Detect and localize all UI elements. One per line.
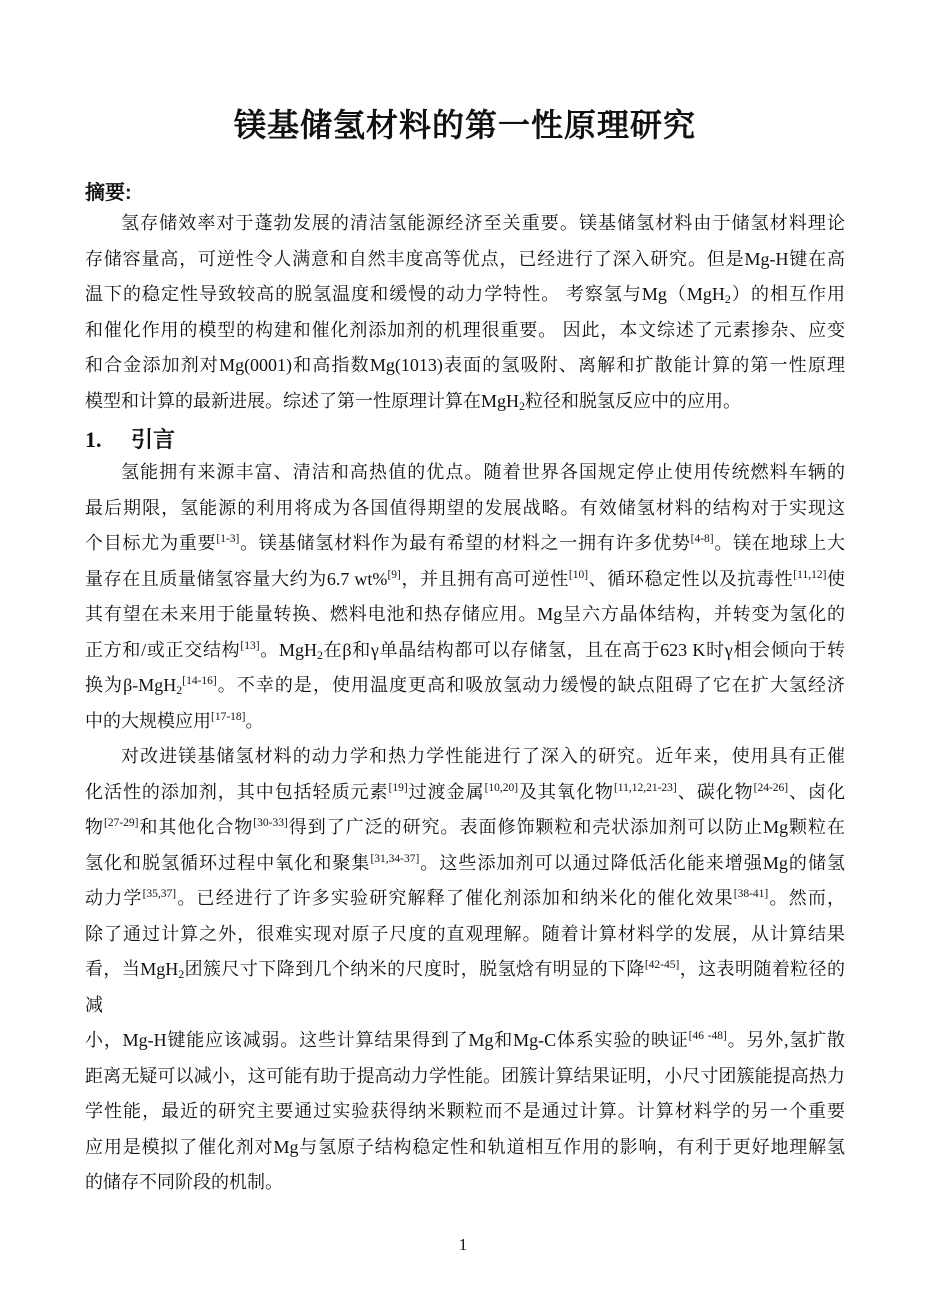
text-line: 氢化和脱氢循环过程中氧化和聚集[31,34-37]。这些添加剂可以通过降低活化能… bbox=[85, 846, 845, 882]
text-run: 量存在且质量储氢容量大约为6.7 wt% bbox=[85, 569, 387, 589]
chemical-subscript: 2 bbox=[725, 292, 731, 306]
text-line: 正方和/或正交结构[13]。MgH2在β和γ单晶结构都可以存储氢，且在高于623… bbox=[85, 633, 845, 669]
text-run: 。不幸的是，使用温度更高和吸放氢动力缓慢的缺点阻碍了它在扩大氢经济 bbox=[217, 675, 845, 695]
citation-reference: [30-33] bbox=[253, 817, 288, 829]
text-run: 。 bbox=[246, 711, 264, 731]
text-line: 存储容量高，可逆性令人满意和自然丰度高等优点，已经进行了深入研究。但是Mg-H键… bbox=[85, 242, 845, 278]
text-line: 动力学[35,37]。已经进行了许多实验研究解释了催化剂添加和纳米化的催化效果[… bbox=[85, 881, 845, 917]
text-line: 的储存不同阶段的机制。 bbox=[85, 1165, 845, 1201]
text-run: 氢化和脱氢循环过程中氧化和聚集 bbox=[85, 853, 370, 873]
text-run: 。镁在地球上大 bbox=[714, 533, 845, 553]
citation-reference: [24-26] bbox=[754, 782, 789, 794]
text-run: 个目标尤为重要 bbox=[85, 533, 216, 553]
section-1-number: 1. bbox=[85, 425, 131, 455]
text-line: 最后期限，氢能源的利用将成为各国值得期望的发展战略。有效储氢材料的结构对于实现这 bbox=[85, 491, 845, 527]
chemical-subscript: 2 bbox=[317, 648, 323, 662]
citation-reference: [11,12] bbox=[793, 569, 826, 581]
text-run: 模型和计算的最新进展。综述了第一性原理计算在MgH bbox=[85, 391, 519, 411]
citation-reference: [27-29] bbox=[104, 817, 139, 829]
text-run: 。MgH bbox=[260, 640, 317, 660]
citation-reference: [42-45] bbox=[645, 959, 680, 971]
text-run: 得到了广泛的研究。表面修饰颗粒和壳状添加剂可以防止Mg颗粒在 bbox=[288, 817, 845, 837]
text-column: 镁基储氢材料的第一性原理研究 摘要: 氢存储效率对于蓬勃发展的清洁氢能源经济至关… bbox=[85, 104, 845, 1201]
text-run: 其有望在未来用于能量转换、燃料电池和热存储应用。Mg呈六方晶体结构，并转变为氢化… bbox=[85, 604, 845, 624]
chemical-subscript: 2 bbox=[519, 399, 525, 413]
text-line: 小，Mg-H键能应该减弱。这些计算结果得到了Mg和Mg-C体系实验的映证[46 … bbox=[85, 1023, 845, 1059]
text-run: 。镁基储氢材料作为最有希望的材料之一拥有许多优势 bbox=[239, 533, 690, 553]
intro-paragraph-1: 氢能拥有来源丰富、清洁和高热值的优点。随着世界各国规定停止使用传统燃料车辆的最后… bbox=[85, 455, 845, 739]
text-line: 其有望在未来用于能量转换、燃料电池和热存储应用。Mg呈六方晶体结构，并转变为氢化… bbox=[85, 597, 845, 633]
text-run: 除了通过计算之外，很难实现对原子尺度的直观理解。随着计算材料学的发展，从计算结果 bbox=[85, 924, 845, 944]
text-run: 。这些添加剂可以通过降低活化能来增强Mg的储氢 bbox=[419, 853, 845, 873]
text-run: 学性能，最近的研究主要通过实验获得纳米颗粒而不是通过计算。计算材料学的另一个重要 bbox=[85, 1101, 845, 1121]
citation-reference: [31,34-37] bbox=[370, 853, 419, 865]
abstract-label: 摘要: bbox=[85, 180, 845, 206]
text-line: 换为β-MgH2[14-16]。不幸的是，使用温度更高和吸放氢动力缓慢的缺点阻碍… bbox=[85, 668, 845, 704]
text-line: 模型和计算的最新进展。综述了第一性原理计算在MgH2粒径和脱氢反应中的应用。 bbox=[85, 384, 845, 420]
page-number: 1 bbox=[0, 1234, 926, 1256]
text-run: 氢能拥有来源丰富、清洁和高热值的优点。随着世界各国规定停止使用传统燃料车辆的 bbox=[121, 462, 845, 482]
text-run: 温下的稳定性导致较高的脱氢温度和缓慢的动力学特性。 考察氢与Mg（MgH bbox=[85, 284, 725, 304]
text-run: 和催化作用的模型的构建和催化剂添加剂的机理很重要。 因此，本文综述了元素掺杂、应… bbox=[85, 320, 845, 340]
text-run: 过渡金属 bbox=[408, 782, 485, 802]
chemical-subscript: 2 bbox=[178, 967, 184, 981]
intro-paragraph-2: 对改进镁基储氢材料的动力学和热力学性能进行了深入的研究。近年来，使用具有正催化活… bbox=[85, 739, 845, 1201]
text-line: 学性能，最近的研究主要通过实验获得纳米颗粒而不是通过计算。计算材料学的另一个重要 bbox=[85, 1094, 845, 1130]
citation-reference: [17-18] bbox=[211, 711, 246, 723]
citation-reference: [4-8] bbox=[691, 533, 714, 545]
document-page: 镁基储氢材料的第一性原理研究 摘要: 氢存储效率对于蓬勃发展的清洁氢能源经济至关… bbox=[0, 0, 926, 1309]
citation-reference: [35,37] bbox=[143, 888, 177, 900]
citation-reference: [13] bbox=[240, 640, 259, 652]
paper-title: 镁基储氢材料的第一性原理研究 bbox=[85, 104, 845, 146]
citation-reference: [38-41] bbox=[734, 888, 769, 900]
text-line: 看，当MgH2团簇尺寸下降到几个纳米的尺度时，脱氢焓有明显的下降[42-45]，… bbox=[85, 952, 845, 1023]
text-run: 最后期限，氢能源的利用将成为各国值得期望的发展战略。有效储氢材料的结构对于实现这 bbox=[85, 498, 845, 518]
text-run: 和其他化合物 bbox=[138, 817, 253, 837]
text-line: 温下的稳定性导致较高的脱氢温度和缓慢的动力学特性。 考察氢与Mg（MgH2）的相… bbox=[85, 277, 845, 313]
text-run: 粒径和脱氢反应中的应用。 bbox=[525, 391, 741, 411]
text-line: 和催化作用的模型的构建和催化剂添加剂的机理很重要。 因此，本文综述了元素掺杂、应… bbox=[85, 313, 845, 349]
text-run: 距离无疑可以减小，这可能有助于提高动力学性能。团簇计算结果证明，小尺寸团簇能提高… bbox=[85, 1066, 845, 1086]
text-line: 个目标尤为重要[1-3]。镁基储氢材料作为最有希望的材料之一拥有许多优势[4-8… bbox=[85, 526, 845, 562]
citation-reference: [10,20] bbox=[485, 782, 519, 794]
text-line: 物[27-29]和其他化合物[30-33]得到了广泛的研究。表面修饰颗粒和壳状添… bbox=[85, 810, 845, 846]
text-run: 应用是模拟了催化剂对Mg与氢原子结构稳定性和轨道相互作用的影响，有利于更好地理解… bbox=[85, 1137, 845, 1157]
citation-reference: [46 -48] bbox=[689, 1030, 727, 1042]
citation-reference: [11,12,21-23] bbox=[614, 782, 677, 794]
text-run: 对改进镁基储氢材料的动力学和热力学性能进行了深入的研究。近年来，使用具有正催 bbox=[121, 746, 845, 766]
text-run: 和合金添加剂对Mg(0001)和高指数Mg(1013)表面的氢吸附、离解和扩散能… bbox=[85, 355, 845, 375]
text-run: 化活性的添加剂，其中包括轻质元素 bbox=[85, 782, 389, 802]
text-run: 换为β-MgH bbox=[85, 675, 176, 695]
text-line: 对改进镁基储氢材料的动力学和热力学性能进行了深入的研究。近年来，使用具有正催 bbox=[85, 739, 845, 775]
citation-reference: [10] bbox=[569, 569, 588, 581]
text-line: 量存在且质量储氢容量大约为6.7 wt%[9]，并且拥有高可逆性[10]、循环稳… bbox=[85, 562, 845, 598]
text-run: ，并且拥有高可逆性 bbox=[401, 569, 569, 589]
text-run: 看，当MgH bbox=[85, 959, 178, 979]
text-run: 在β和γ单晶结构都可以存储氢，且在高于623 K时γ相会倾向于转 bbox=[323, 640, 845, 660]
text-run: 。另外,氢扩散 bbox=[727, 1030, 845, 1050]
text-run: 物 bbox=[85, 817, 104, 837]
text-run: 使 bbox=[826, 569, 845, 589]
text-run: 。然而， bbox=[768, 888, 845, 908]
text-run: 存储容量高，可逆性令人满意和自然丰度高等优点，已经进行了深入研究。但是Mg-H键… bbox=[85, 249, 845, 269]
text-run: 正方和/或正交结构 bbox=[85, 640, 240, 660]
text-run: ）的相互作用 bbox=[731, 284, 845, 304]
text-line: 中的大规模应用[17-18]。 bbox=[85, 704, 845, 740]
citation-reference: [19] bbox=[389, 782, 408, 794]
text-line: 化活性的添加剂，其中包括轻质元素[19]过渡金属[10,20]及其氧化物[11,… bbox=[85, 775, 845, 811]
text-line: 应用是模拟了催化剂对Mg与氢原子结构稳定性和轨道相互作用的影响，有利于更好地理解… bbox=[85, 1130, 845, 1166]
text-line: 氢存储效率对于蓬勃发展的清洁氢能源经济至关重要。镁基储氢材料由于储氢材料理论 bbox=[85, 206, 845, 242]
text-run: 。已经进行了许多实验研究解释了催化剂添加和纳米化的催化效果 bbox=[176, 888, 734, 908]
text-run: 、碳化物 bbox=[677, 782, 754, 802]
text-line: 除了通过计算之外，很难实现对原子尺度的直观理解。随着计算材料学的发展，从计算结果 bbox=[85, 917, 845, 953]
text-line: 和合金添加剂对Mg(0001)和高指数Mg(1013)表面的氢吸附、离解和扩散能… bbox=[85, 348, 845, 384]
text-run: 团簇尺寸下降到几个纳米的尺度时，脱氢焓有明显的下降 bbox=[184, 959, 645, 979]
text-run: 及其氧化物 bbox=[518, 782, 614, 802]
text-run: 动力学 bbox=[85, 888, 143, 908]
section-1-heading: 1.引言 bbox=[85, 425, 845, 455]
text-run: 氢存储效率对于蓬勃发展的清洁氢能源经济至关重要。镁基储氢材料由于储氢材料理论 bbox=[121, 213, 845, 233]
abstract-paragraph: 氢存储效率对于蓬勃发展的清洁氢能源经济至关重要。镁基储氢材料由于储氢材料理论存储… bbox=[85, 206, 845, 419]
text-run: 、循环稳定性以及抗毒性 bbox=[588, 569, 793, 589]
text-run: 的储存不同阶段的机制。 bbox=[85, 1172, 283, 1192]
text-line: 距离无疑可以减小，这可能有助于提高动力学性能。团簇计算结果证明，小尺寸团簇能提高… bbox=[85, 1059, 845, 1095]
text-run: 小，Mg-H键能应该减弱。这些计算结果得到了Mg和Mg-C体系实验的映证 bbox=[85, 1030, 689, 1050]
citation-reference: [1-3] bbox=[216, 533, 239, 545]
citation-reference: [9] bbox=[387, 569, 400, 581]
text-line: 氢能拥有来源丰富、清洁和高热值的优点。随着世界各国规定停止使用传统燃料车辆的 bbox=[85, 455, 845, 491]
text-run: 中的大规模应用 bbox=[85, 711, 211, 731]
text-run: 、卤化 bbox=[788, 782, 845, 802]
citation-reference: [14-16] bbox=[182, 675, 217, 687]
section-1-title: 引言 bbox=[131, 427, 175, 452]
